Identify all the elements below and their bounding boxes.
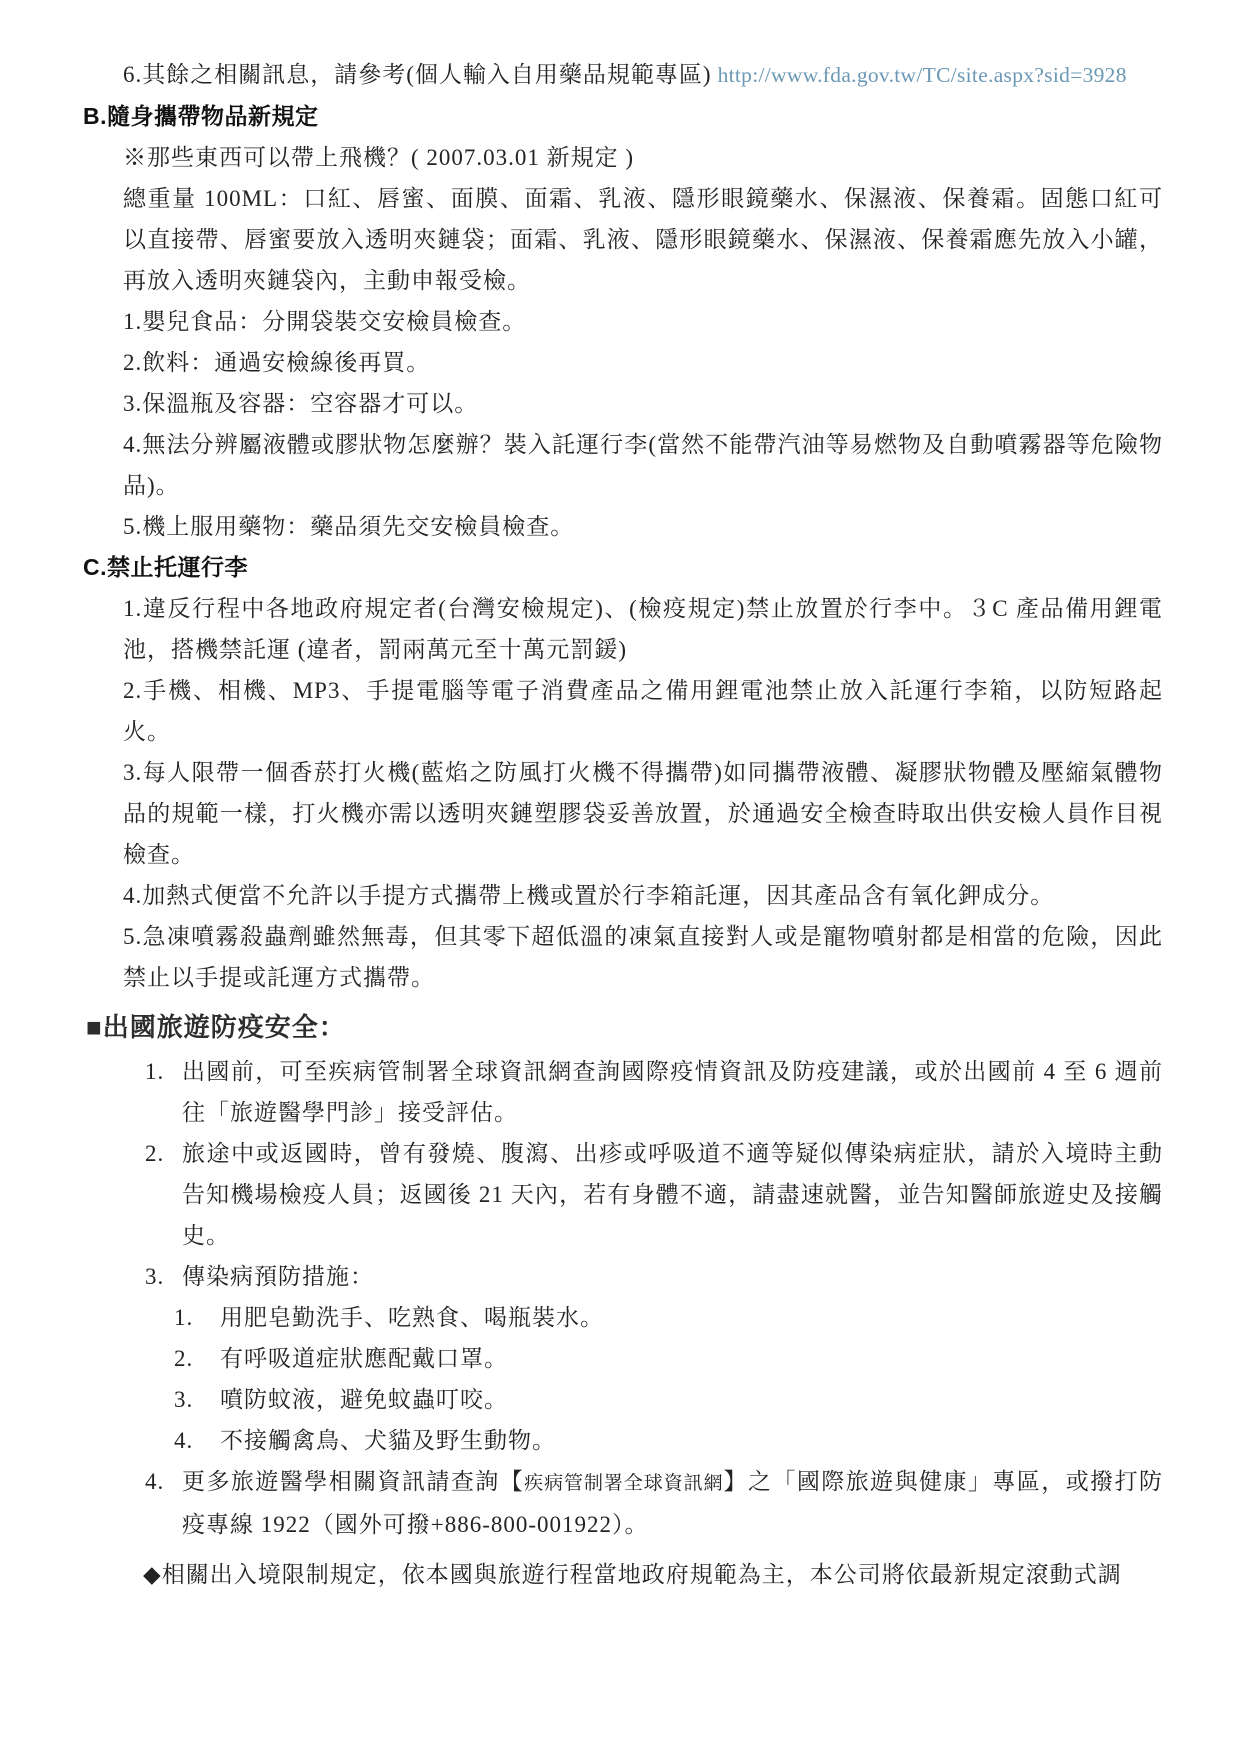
checked-baggage-rule-item: 3.每人限帶一個香菸打火機(藍焰之防風打火機不得攜帶)如同攜帶液體、凝膠狀物體及… [123, 752, 1163, 875]
cdc-website-name: 疾病管制署全球資訊網 [524, 1473, 723, 1494]
section-b-heading: B.隨身攜帶物品新規定 [83, 96, 1163, 137]
checked-baggage-rule-item: 5.急凍噴霧殺蟲劑雖然無毒，但其零下超低溫的凍氣直接對人或是寵物噴射都是相當的危… [123, 916, 1163, 998]
list-text: 出國前，可至疾病管制署全球資訊網查詢國際疫情資訊及防疫建議，或於出國前 4 至 … [182, 1051, 1163, 1133]
sublist-text: 有呼吸道症狀應配戴口罩。 [220, 1338, 1163, 1379]
sublist-number: 2. [174, 1338, 220, 1379]
sublist-number: 1. [174, 1297, 220, 1338]
entry-exit-restriction-note: ◆相關出入境限制規定，依本國與旅遊行程當地政府規範為主，本公司將依最新規定滾動式… [143, 1554, 1171, 1595]
related-info-text: 6.其餘之相關訊息，請參考(個人輸入自用藥品規範專區) [123, 62, 712, 87]
list-number: 3. [145, 1256, 182, 1297]
sublist-number: 3. [174, 1379, 220, 1420]
checked-baggage-rule-item: 2.手機、相機、MP3、手提電腦等電子消費產品之備用鋰電池禁止放入託運行李箱，以… [123, 670, 1163, 752]
related-info-line: 6.其餘之相關訊息，請參考(個人輸入自用藥品規範專區)http://www.fd… [123, 54, 1201, 96]
section-b-note: ※那些東西可以帶上飛機？( 2007.03.01 新規定 ) [123, 137, 1163, 178]
prevention-sublist-item: 3. 噴防蚊液，避免蚊蟲叮咬。 [174, 1379, 1163, 1420]
sublist-number: 4. [174, 1420, 220, 1461]
list-number: 2. [145, 1133, 182, 1256]
epidemic-list-item: 3. 傳染病預防措施： [145, 1256, 1163, 1297]
epidemic-safety-heading: ■出國旅遊防疫安全： [86, 1007, 1163, 1048]
carry-on-rule-item: 4.無法分辨屬液體或膠狀物怎麼辦？裝入託運行李(當然不能帶汽油等易燃物及自動噴霧… [123, 424, 1163, 506]
prevention-sublist-item: 2. 有呼吸道症狀應配戴口罩。 [174, 1338, 1163, 1379]
list-text: 傳染病預防措施： [182, 1256, 1163, 1297]
epidemic-list-item: 1. 出國前，可至疾病管制署全球資訊網查詢國際疫情資訊及防疫建議，或於出國前 4… [145, 1051, 1163, 1133]
checked-baggage-rule-item: 4.加熱式便當不允許以手提方式攜帶上機或置於行李箱託運，因其產品含有氧化鉀成分。 [123, 875, 1163, 916]
carry-on-rule-item: 2.飲料：通過安檢線後再買。 [123, 342, 1163, 383]
carry-on-rule-item: 5.機上服用藥物：藥品須先交安檢員檢查。 [123, 506, 1163, 547]
list-text: 旅途中或返國時，曾有發燒、腹瀉、出疹或呼吸道不適等疑似傳染病症狀，請於入境時主動… [182, 1133, 1163, 1256]
prevention-sublist-item: 1. 用肥皂勤洗手、吃熟食、喝瓶裝水。 [174, 1297, 1163, 1338]
list-number: 1. [145, 1051, 182, 1133]
list-number: 4. [145, 1461, 182, 1545]
epidemic-list-item: 4. 更多旅遊醫學相關資訊請查詢【疾病管制署全球資訊網】之「國際旅遊與健康」專區… [145, 1461, 1163, 1545]
prevention-sublist-item: 4. 不接觸禽鳥、犬貓及野生動物。 [174, 1420, 1163, 1461]
checked-baggage-rule-item: 1.違反行程中各地政府規定者(台灣安檢規定)、(檢疫規定)禁止放置於行李中。３C… [123, 588, 1163, 670]
sublist-text: 用肥皂勤洗手、吃熟食、喝瓶裝水。 [220, 1297, 1163, 1338]
list-text-prefix: 更多旅遊醫學相關資訊請查詢【 [182, 1469, 524, 1494]
document-page: 6.其餘之相關訊息，請參考(個人輸入自用藥品規範專區)http://www.fd… [0, 0, 1241, 1755]
fda-url-link[interactable]: http://www.fda.gov.tw/TC/site.aspx?sid=3… [718, 63, 1127, 87]
list-text: 更多旅遊醫學相關資訊請查詢【疾病管制署全球資訊網】之「國際旅遊與健康」專區，或撥… [182, 1461, 1163, 1545]
epidemic-list-item: 2. 旅途中或返國時，曾有發燒、腹瀉、出疹或呼吸道不適等疑似傳染病症狀，請於入境… [145, 1133, 1163, 1256]
sublist-text: 不接觸禽鳥、犬貓及野生動物。 [220, 1420, 1163, 1461]
section-b-intro-paragraph: 總重量 100ML：口紅、唇蜜、面膜、面霜、乳液、隱形眼鏡藥水、保濕液、保養霜。… [123, 178, 1163, 301]
sublist-text: 噴防蚊液，避免蚊蟲叮咬。 [220, 1379, 1163, 1420]
carry-on-rule-item: 1.嬰兒食品：分開袋裝交安檢員檢查。 [123, 301, 1163, 342]
carry-on-rule-item: 3.保溫瓶及容器：空容器才可以。 [123, 383, 1163, 424]
section-c-heading: C.禁止托運行李 [83, 547, 1163, 588]
